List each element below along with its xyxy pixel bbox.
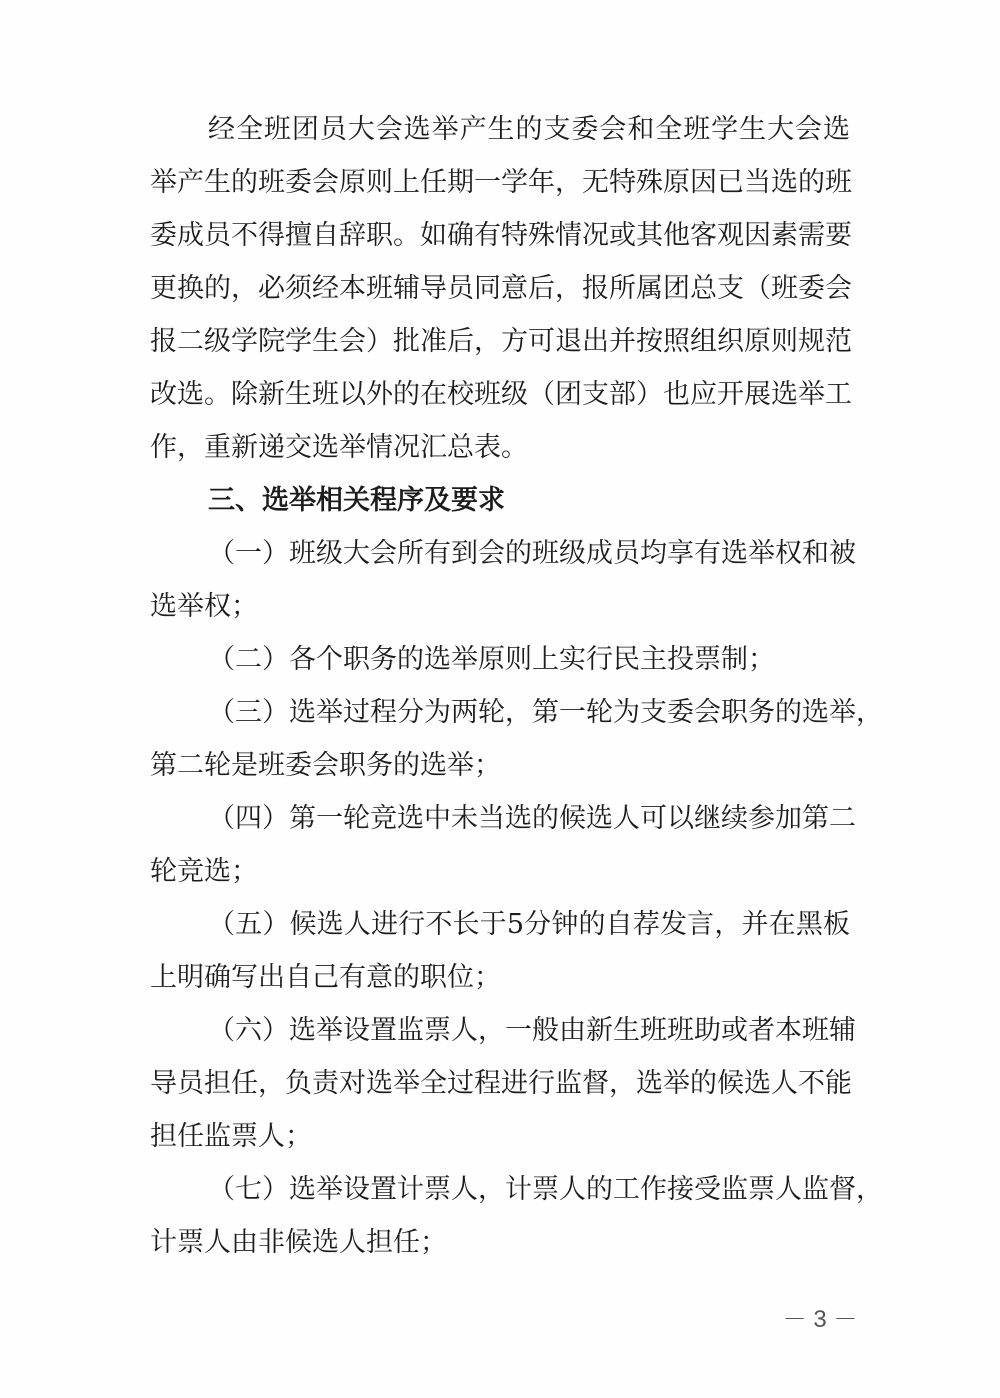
- section-heading: 三、选举相关程序及要求: [208, 481, 850, 521]
- item-1-line-2: 选举权；: [150, 587, 850, 627]
- item-1-line-1: （一）班级大会所有到会的班级成员均享有选举权和被: [208, 534, 850, 574]
- item-4-line-2: 轮竞选；: [150, 852, 850, 892]
- item-6-line-1: （六）选举设置监票人，一般由新生班班助或者本班辅: [208, 1011, 850, 1051]
- item-7-line-1: （七）选举设置计票人，计票人的工作接受监票人监督，: [208, 1170, 850, 1210]
- item-5-line-2: 上明确写出自己有意的职位；: [150, 958, 850, 998]
- item-6-line-2: 导员担任，负责对选举全过程进行监督，选举的候选人不能: [150, 1064, 850, 1104]
- item-2-line-1: （二）各个职务的选举原则上实行民主投票制；: [208, 640, 850, 680]
- intro-line-2: 举产生的班委会原则上任期一学年，无特殊原因已当选的班: [150, 163, 850, 203]
- intro-line-6: 改选。除新生班以外的在校班级（团支部）也应开展选举工: [150, 375, 850, 415]
- item-4-line-1: （四）第一轮竞选中未当选的候选人可以继续参加第二: [208, 799, 850, 839]
- item-3-line-2: 第二轮是班委会职务的选举；: [150, 746, 850, 786]
- intro-line-5: 报二级学院学生会）批准后，方可退出并按照组织原则规范: [150, 322, 850, 362]
- document-page: 经全班团员大会选举产生的支委会和全班学生大会选 举产生的班委会原则上任期一学年，…: [0, 0, 1000, 1398]
- intro-line-1: 经全班团员大会选举产生的支委会和全班学生大会选: [208, 110, 850, 150]
- item-3-line-1: （三）选举过程分为两轮，第一轮为支委会职务的选举，: [208, 693, 850, 733]
- page-number: － 3 －: [780, 1303, 860, 1337]
- intro-line-4: 更换的，必须经本班辅导员同意后，报所属团总支（班委会: [150, 269, 850, 309]
- intro-line-7: 作，重新递交选举情况汇总表。: [150, 428, 850, 468]
- item-6-line-3: 担任监票人；: [150, 1117, 850, 1157]
- item-5-line-1: （五）候选人进行不长于5分钟的自荐发言，并在黑板: [208, 905, 850, 945]
- item-7-line-2: 计票人由非候选人担任；: [150, 1223, 850, 1263]
- intro-line-3: 委成员不得擅自辞职。如确有特殊情况或其他客观因素需要: [150, 216, 850, 256]
